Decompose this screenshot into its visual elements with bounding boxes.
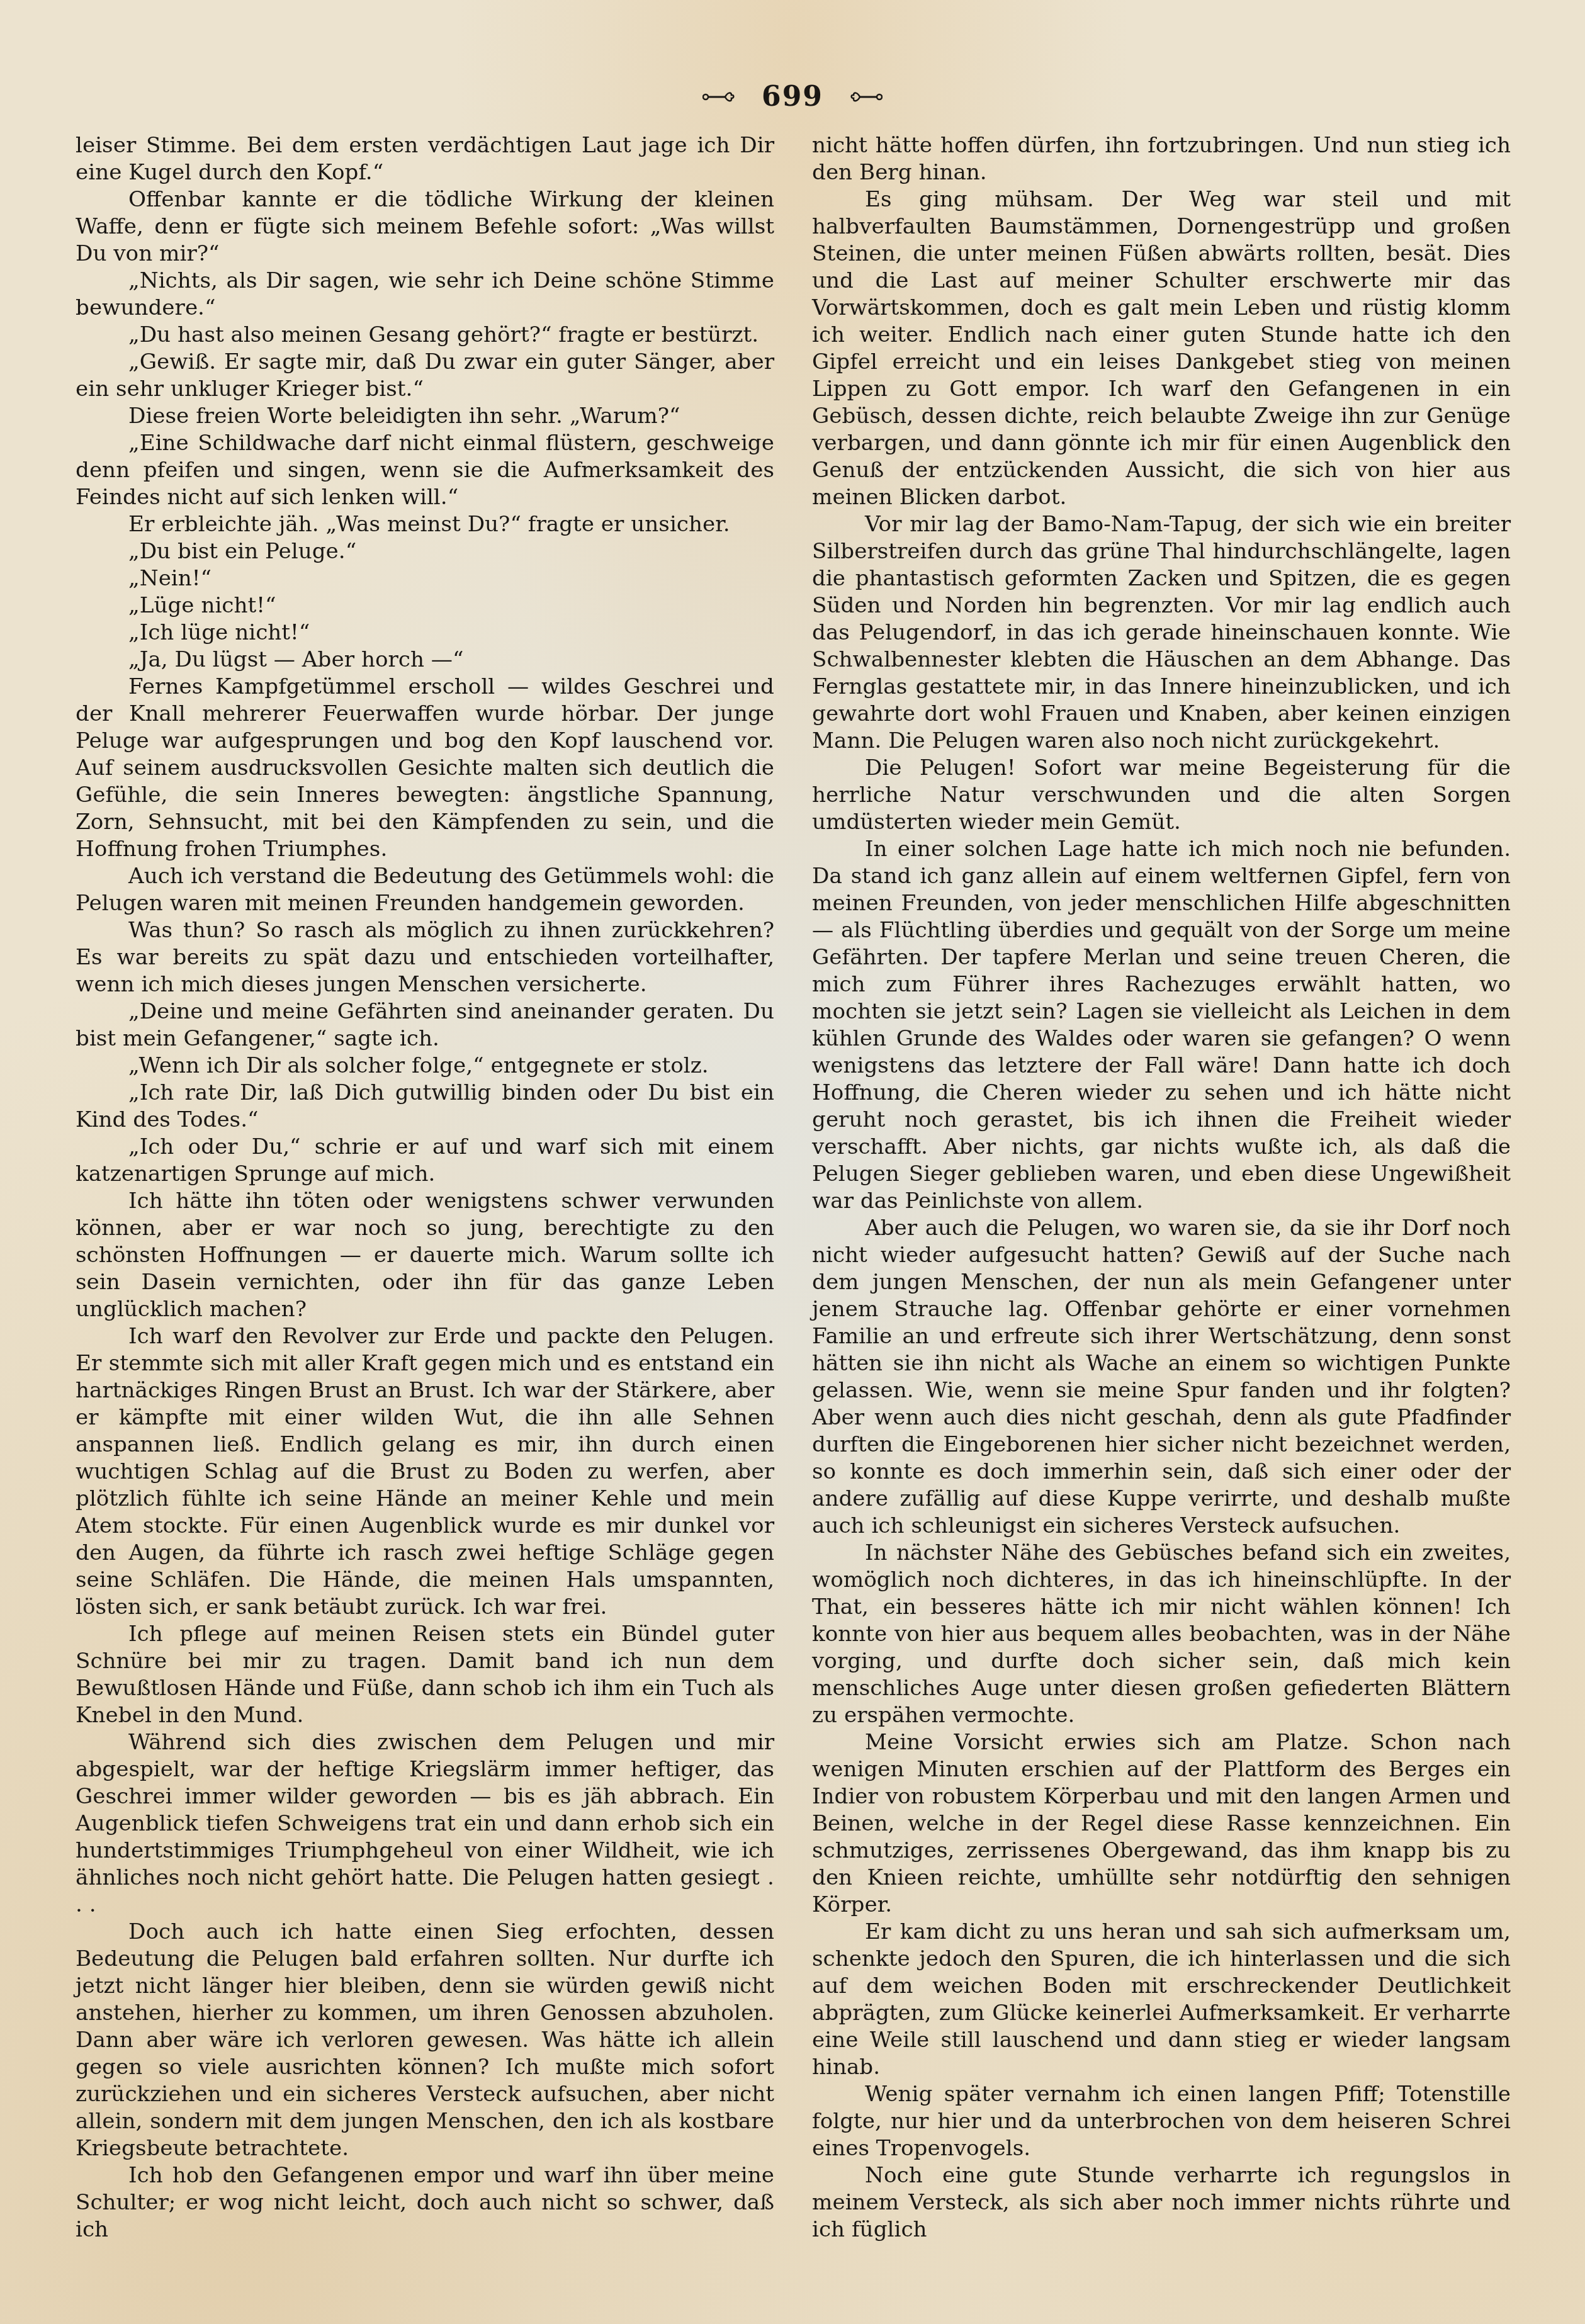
paragraph: „Ich lüge nicht!“ [76, 619, 774, 646]
paragraph: Ich hätte ihn töten oder wenigstens schw… [76, 1188, 774, 1323]
paragraph: Auch ich verstand die Bedeutung des Getü… [76, 863, 774, 917]
paragraph: „Du bist ein Peluge.“ [76, 538, 774, 565]
paragraph: „Eine Schildwache darf nicht einmal flüs… [76, 430, 774, 511]
paragraph: „Wenn ich Dir als solcher folge,“ entgeg… [76, 1052, 774, 1080]
paragraph: In nächster Nähe des Gebüsches befand si… [812, 1540, 1511, 1729]
paragraph: Ich hob den Gefangenen empor und warf ih… [76, 2162, 774, 2243]
paragraph: Wenig später vernahm ich einen langen Pf… [812, 2081, 1511, 2162]
page-number: 699 [762, 81, 823, 113]
paragraph: Aber auch die Pelugen, wo waren sie, da … [812, 1215, 1511, 1540]
paragraph: „Gewiß. Er sagte mir, daß Du zwar ein gu… [76, 349, 774, 403]
paragraph: Es ging mühsam. Der Weg war steil und mi… [812, 186, 1511, 511]
paragraph: „Nichts, als Dir sagen, wie sehr ich Dei… [76, 268, 774, 322]
paragraph: Die Pelugen! Sofort war meine Begeisteru… [812, 755, 1511, 836]
paragraph: „Deine und meine Gefährten sind aneinand… [76, 998, 774, 1052]
paragraph: Noch eine gute Stunde verharrte ich regu… [812, 2162, 1511, 2243]
paragraph: „Nein!“ [76, 565, 774, 592]
right-text-column: nicht hätte hoffen dürfen, ihn fortzubri… [812, 132, 1511, 2243]
paragraph: „Ja, Du lügst — Aber horch —“ [76, 646, 774, 674]
paragraph: Er kam dicht zu uns heran und sah sich a… [812, 1919, 1511, 2081]
paragraph: Fernes Kampfgetümmel erscholl — wildes G… [76, 674, 774, 863]
paragraph: Vor mir lag der Bamo-Nam-Tapug, der sich… [812, 511, 1511, 755]
paragraph: Doch auch ich hatte einen Sieg erfochten… [76, 1919, 774, 2162]
fleuron-right-icon [850, 91, 883, 103]
paragraph: Meine Vorsicht erwies sich am Platze. Sc… [812, 1729, 1511, 1919]
paragraph: „Du hast also meinen Gesang gehört?“ fra… [76, 322, 774, 349]
paragraph: nicht hätte hoffen dürfen, ihn fortzubri… [812, 132, 1511, 186]
paragraph: „Lüge nicht!“ [76, 592, 774, 619]
paragraph: Während sich dies zwischen dem Pelugen u… [76, 1729, 774, 1919]
paragraph: Er erbleichte jäh. „Was meinst Du?“ frag… [76, 511, 774, 538]
fleuron-left-icon [702, 91, 735, 103]
paragraph: „Ich oder Du,“ schrie er auf und warf si… [76, 1134, 774, 1188]
paragraph: Was thun? So rasch als möglich zu ihnen … [76, 917, 774, 998]
paragraph: Offenbar kannte er die tödliche Wirkung … [76, 186, 774, 268]
left-text-column: leiser Stimme. Bei dem ersten verdächtig… [76, 132, 774, 2243]
paragraph: Ich pflege auf meinen Reisen stets ein B… [76, 1621, 774, 1729]
paragraph: Diese freien Worte beleidigten ihn sehr.… [76, 403, 774, 430]
paragraph: „Ich rate Dir, laß Dich gutwillig binden… [76, 1080, 774, 1134]
page-header: 699 [0, 81, 1585, 113]
paragraph: leiser Stimme. Bei dem ersten verdächtig… [76, 132, 774, 186]
paragraph: Ich warf den Revolver zur Erde und packt… [76, 1323, 774, 1621]
paragraph: In einer solchen Lage hatte ich mich noc… [812, 836, 1511, 1215]
